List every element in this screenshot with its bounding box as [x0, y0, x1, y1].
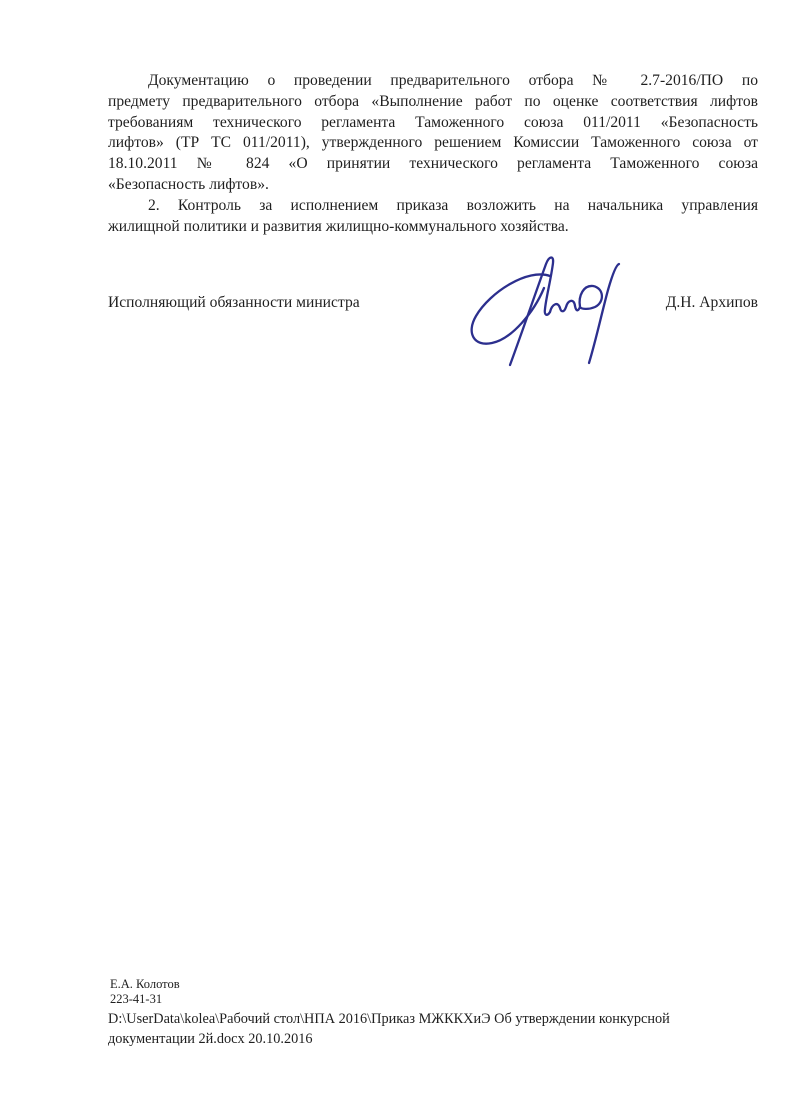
paragraph-line: лифтов» (ТР ТС 011/2011), утвержденного … [108, 133, 758, 154]
file-path-line: D:\UserData\kolea\Рабочий стол\НПА 2016\… [108, 1010, 748, 1030]
paragraph-line: Документацию о проведении предварительно… [108, 71, 758, 92]
file-path-line: документации 2й.docx 20.10.2016 [108, 1030, 748, 1050]
executor-phone: 223-41-31 [110, 992, 180, 1007]
signature-icon [452, 252, 622, 367]
paragraph-line: «Безопасность лифтов». [108, 175, 758, 196]
executor-name: Е.А. Колотов [110, 977, 180, 992]
signatory-title: Исполняющий обязанности министра [108, 294, 360, 312]
document-body: Документацию о проведении предварительно… [108, 71, 758, 237]
document-page: Документацию о проведении предварительно… [0, 0, 800, 1094]
paragraph-line: 18.10.2011 № 824 «О принятии техническог… [108, 154, 758, 175]
signatory-name: Д.Н. Архипов [666, 294, 758, 312]
paragraph-control: 2. Контроль за исполнением приказа возло… [108, 196, 758, 238]
paragraph-line: жилищной политики и развития жилищно-ком… [108, 217, 758, 238]
file-path-block: D:\UserData\kolea\Рабочий стол\НПА 2016\… [108, 1010, 748, 1049]
paragraph-line: 2. Контроль за исполнением приказа возло… [108, 196, 758, 217]
paragraph-line: требованиям технического регламента Тамо… [108, 113, 758, 134]
executor-block: Е.А. Колотов 223-41-31 [110, 977, 180, 1006]
paragraph-line: предмету предварительного отбора «Выполн… [108, 92, 758, 113]
paragraph-documentation: Документацию о проведении предварительно… [108, 71, 758, 196]
